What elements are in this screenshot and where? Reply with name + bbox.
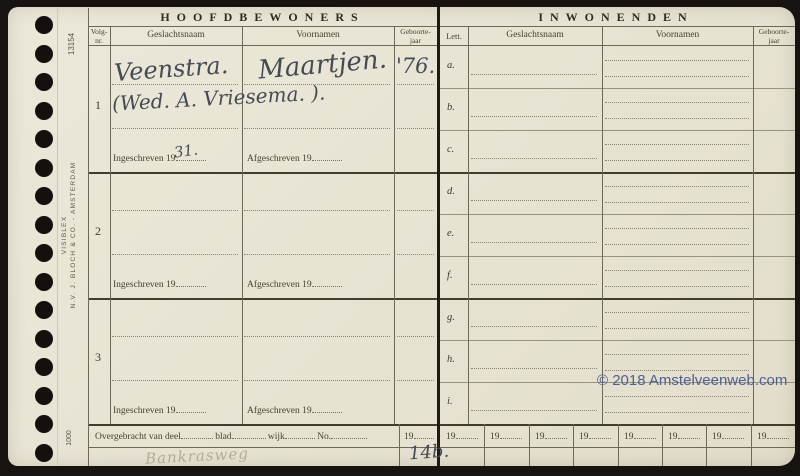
dotted-writing-line [605,354,749,355]
column-header-geslachtsnaam-left: Geslachtsnaam [110,30,242,40]
dotted-writing-line [605,60,749,61]
column-header-geslachtsnaam-right: Geslachtsnaam [468,30,602,40]
punch-hole [35,330,53,348]
handwritten-birth-year: '76. [396,54,435,78]
punch-hole [35,216,53,234]
column-header-voornamen-left: Voornamen [242,30,394,40]
fill-in-line [176,278,206,287]
column-header-geboortejaar-left: Geboorte- jaar [394,28,437,45]
year-cell: 19 [668,430,700,442]
dotted-writing-line [605,118,749,119]
year-cell-divider [484,424,485,466]
column-divider [110,26,111,424]
afgeschreven-label-row2: Afgeschreven 19 [247,278,342,290]
letter-row-c: c. [447,144,454,155]
dotted-writing-line [244,336,390,337]
letter-row-a: a. [447,60,455,71]
fill-in-line [589,430,611,439]
dotted-writing-line [244,128,390,129]
dotted-writing-line [112,210,238,211]
punch-hole [35,73,53,91]
punch-hole [35,187,53,205]
dotted-writing-line [471,74,597,75]
divider-heavy [88,424,795,426]
punch-hole [35,301,53,319]
year-cell-divider [573,424,574,466]
letter-row-divider [440,130,795,131]
punch-hole [35,444,53,462]
fill-in-line [678,430,700,439]
column-header-lett: Lett. [440,31,468,41]
letter-row-divider [440,256,795,257]
letter-row-h: h. [447,354,455,365]
dotted-writing-line [244,210,390,211]
row-number-2: 2 [95,224,101,239]
column-divider [468,26,469,424]
divider [88,45,795,46]
punch-hole [35,159,53,177]
dotted-writing-line [471,158,597,159]
fill-in-line [181,430,213,439]
punch-hole [35,130,53,148]
fill-in-line [545,430,567,439]
divider [88,26,795,27]
dotted-writing-line [397,84,434,85]
dotted-writing-line [471,116,597,117]
column-divider [602,26,603,424]
punch-hole [35,273,53,291]
dotted-writing-line [471,284,597,285]
dotted-writing-line [605,202,749,203]
dotted-writing-line [112,336,238,337]
dotted-writing-line [605,396,749,397]
dotted-writing-line [397,254,434,255]
overgebracht-row: Overgebracht van deel blad wijk No. [95,430,395,442]
year-cell: 19 [579,430,611,442]
afgeschreven-label-row1: Afgeschreven 19 [247,152,342,164]
fill-in-line [232,430,266,439]
fill-in-line [414,430,434,439]
card-edge-crease [57,8,58,465]
year-cell-divider [529,424,530,466]
ingeschreven-label-row3: Ingeschreven 19 [113,404,206,416]
letter-row-e: e. [447,228,454,239]
dotted-writing-line [605,228,749,229]
section-title-inwonenden: INWONENDEN [437,10,795,25]
overgebracht-label: Overgebracht van deel [95,432,181,442]
dotted-writing-line [471,368,597,369]
card-serial-number: 13154 [67,24,79,64]
print-run-code: 1000 [66,418,78,458]
dotted-writing-line [244,254,390,255]
dotted-writing-line [397,336,434,337]
wijk-label: wijk [268,432,285,442]
divider-heavy [88,298,795,300]
column-header-geboortejaar-right: Geboorte- jaar [753,28,795,45]
fill-in-line [722,430,744,439]
dotted-writing-line [605,328,749,329]
dotted-writing-line [605,244,749,245]
fill-in-line [176,404,206,413]
year-cell: 19 [535,430,567,442]
punch-hole [35,415,53,433]
fill-in-line [634,430,656,439]
dotted-writing-line [605,76,749,77]
ingeschreven-label-row2: Ingeschreven 19 [113,278,206,290]
column-divider [753,26,754,424]
divider-heavy [88,172,795,174]
dotted-writing-line [605,312,749,313]
year-cell: 19 [404,430,434,442]
letter-row-divider [440,340,795,341]
punch-hole [35,358,53,376]
fill-in-line [285,430,315,439]
dotted-writing-line [605,186,749,187]
year-cell: 19 [712,430,744,442]
dotted-writing-line [605,144,749,145]
afgeschreven-label-row3: Afgeschreven 19 [247,404,342,416]
dotted-writing-line [605,160,749,161]
letter-row-b: b. [447,102,455,113]
letter-row-d: d. [447,186,455,197]
section-divider [437,7,440,466]
dotted-writing-line [397,380,434,381]
row-number-1: 1 [95,98,101,113]
dotted-writing-line [605,370,749,371]
printer-address: N.V. J. BLOCH & CO. - AMSTERDAM [70,152,79,318]
handwritten-ingeschreven-year: 31. [173,140,199,161]
dotted-writing-line [471,200,597,201]
letter-row-divider [440,214,795,215]
fill-in-line [312,404,342,413]
year-cell: 19 [624,430,656,442]
column-divider [394,26,395,424]
copyright-watermark: © 2018 Amstelveenweb.com [597,372,787,389]
column-header-volgnr: Volg- nr. [88,28,110,45]
year-cell-divider [618,424,619,466]
punch-hole [35,244,53,262]
fill-in-line [312,152,342,161]
dotted-writing-line [112,254,238,255]
punch-hole [35,45,53,63]
dotted-writing-line [471,326,597,327]
dotted-writing-line [605,286,749,287]
dotted-writing-line [605,102,749,103]
handwritten-house-number: 14b. [408,441,450,465]
dotted-writing-line [605,412,749,413]
punch-hole [35,16,53,34]
printer-brand: VISIBLEX [61,152,70,318]
section-title-hoofdbewoners: HOOFDBEWONERS [88,10,437,25]
dotted-writing-line [244,380,390,381]
fill-in-line [767,430,789,439]
dotted-writing-line [397,210,434,211]
letter-row-i: i. [447,396,453,407]
punch-hole [35,102,53,120]
blad-label: blad [215,432,231,442]
printer-imprint: VISIBLEX N.V. J. BLOCH & CO. - AMSTERDAM [61,152,83,318]
year-cell-divider [662,424,663,466]
no-label: No. [317,432,331,442]
dotted-writing-line [112,128,238,129]
letter-row-f: f. [447,270,453,281]
year-cell: 19 [757,430,789,442]
letter-row-divider [440,88,795,89]
fill-in-line [312,278,342,287]
year-cell-divider [706,424,707,466]
column-header-voornamen-right: Voornamen [602,30,753,40]
year-cell: 19 [446,430,478,442]
table-left-border [88,8,89,466]
letter-row-g: g. [447,312,455,323]
row-number-3: 3 [95,350,101,365]
fill-in-line [456,430,478,439]
dotted-writing-line [605,270,749,271]
dotted-writing-line [112,380,238,381]
year-cell: 19 [490,430,522,442]
dotted-writing-line [471,242,597,243]
dotted-writing-line [471,410,597,411]
fill-in-line [500,430,522,439]
year-cell-divider [751,424,752,466]
fill-in-line [331,430,367,439]
scanned-registration-card-photo: 13154 VISIBLEX N.V. J. BLOCH & CO. - AMS… [0,0,800,476]
year-cell-divider [399,424,400,466]
punch-hole [35,387,53,405]
dotted-writing-line [397,128,434,129]
